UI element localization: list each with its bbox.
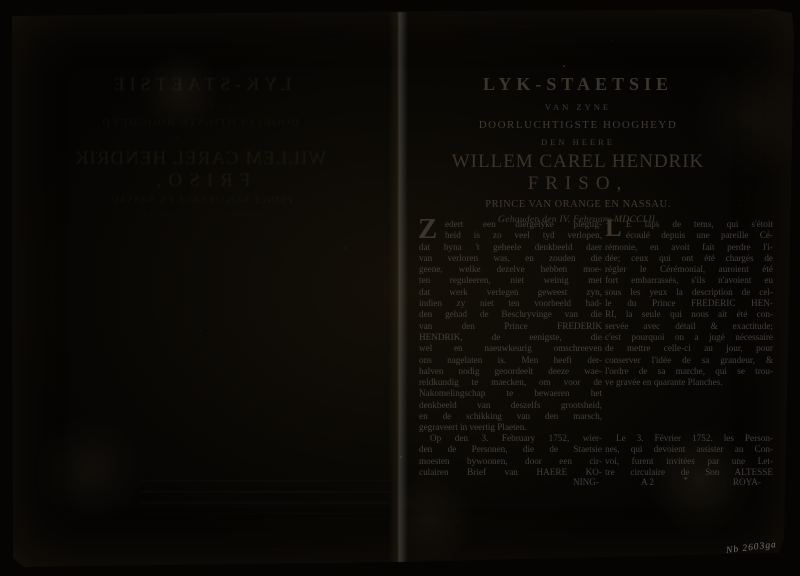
signature-mark: A 2 [641, 477, 654, 488]
subtitle-prince: PRINCE VAN ORANGE EN NASSAU. [408, 199, 748, 210]
dutch-catchword: NING- [419, 477, 602, 488]
subtitle-hoogheyd: DOORLUCHTIGSTE HOOGHEYD [408, 119, 748, 131]
french-catchword: ROYA- [733, 477, 773, 488]
title-block: LYK-STAETSIE VAN ZYNE DOORLUCHTIGSTE HOO… [408, 74, 748, 225]
photo-backdrop: LYK-STAETSIE VAN ZYNE DOORLUCHTIGSTE HOO… [0, 0, 800, 576]
dutch-column: Z edert een diergelyke plegtig-heid is z… [419, 219, 602, 434]
subtitle-van-zyne: VAN ZYNE [408, 102, 748, 112]
french-paragraph-1: E laps de tems, qui s'étoitécoulé depuis… [605, 219, 773, 388]
subtitle-den-heere: DEN HEERE [408, 137, 748, 147]
french-column: L E laps de tems, qui s'étoitécoulé depu… [605, 219, 773, 388]
dutch-paragraph-1: edert een diergelyke plegtig-heid is zo … [419, 219, 602, 434]
dutch-drop-cap: Z [418, 216, 437, 242]
document-spread: LYK-STAETSIE VAN ZYNE DOORLUCHTIGSTE HOO… [0, 0, 800, 576]
recto-page: LYK-STAETSIE VAN ZYNE DOORLUCHTIGSTE HOO… [0, 0, 800, 576]
dutch-paragraph-2: Op den 3. February 1752, wier-den de Per… [419, 433, 602, 478]
footnote-asterisk-mark: * [684, 475, 688, 486]
french-signature-row: A 2 * ROYA- [605, 477, 773, 489]
main-title: LYK-STAETSIE [408, 74, 748, 95]
name-line1: WILLEM CAREL HENDRIK [408, 151, 748, 173]
french-drop-cap: L [605, 217, 622, 240]
name-line2: FRISO, [408, 173, 748, 195]
french-paragraph-2: Le 3. Février 1752. les Person-nes, qui … [605, 433, 773, 478]
